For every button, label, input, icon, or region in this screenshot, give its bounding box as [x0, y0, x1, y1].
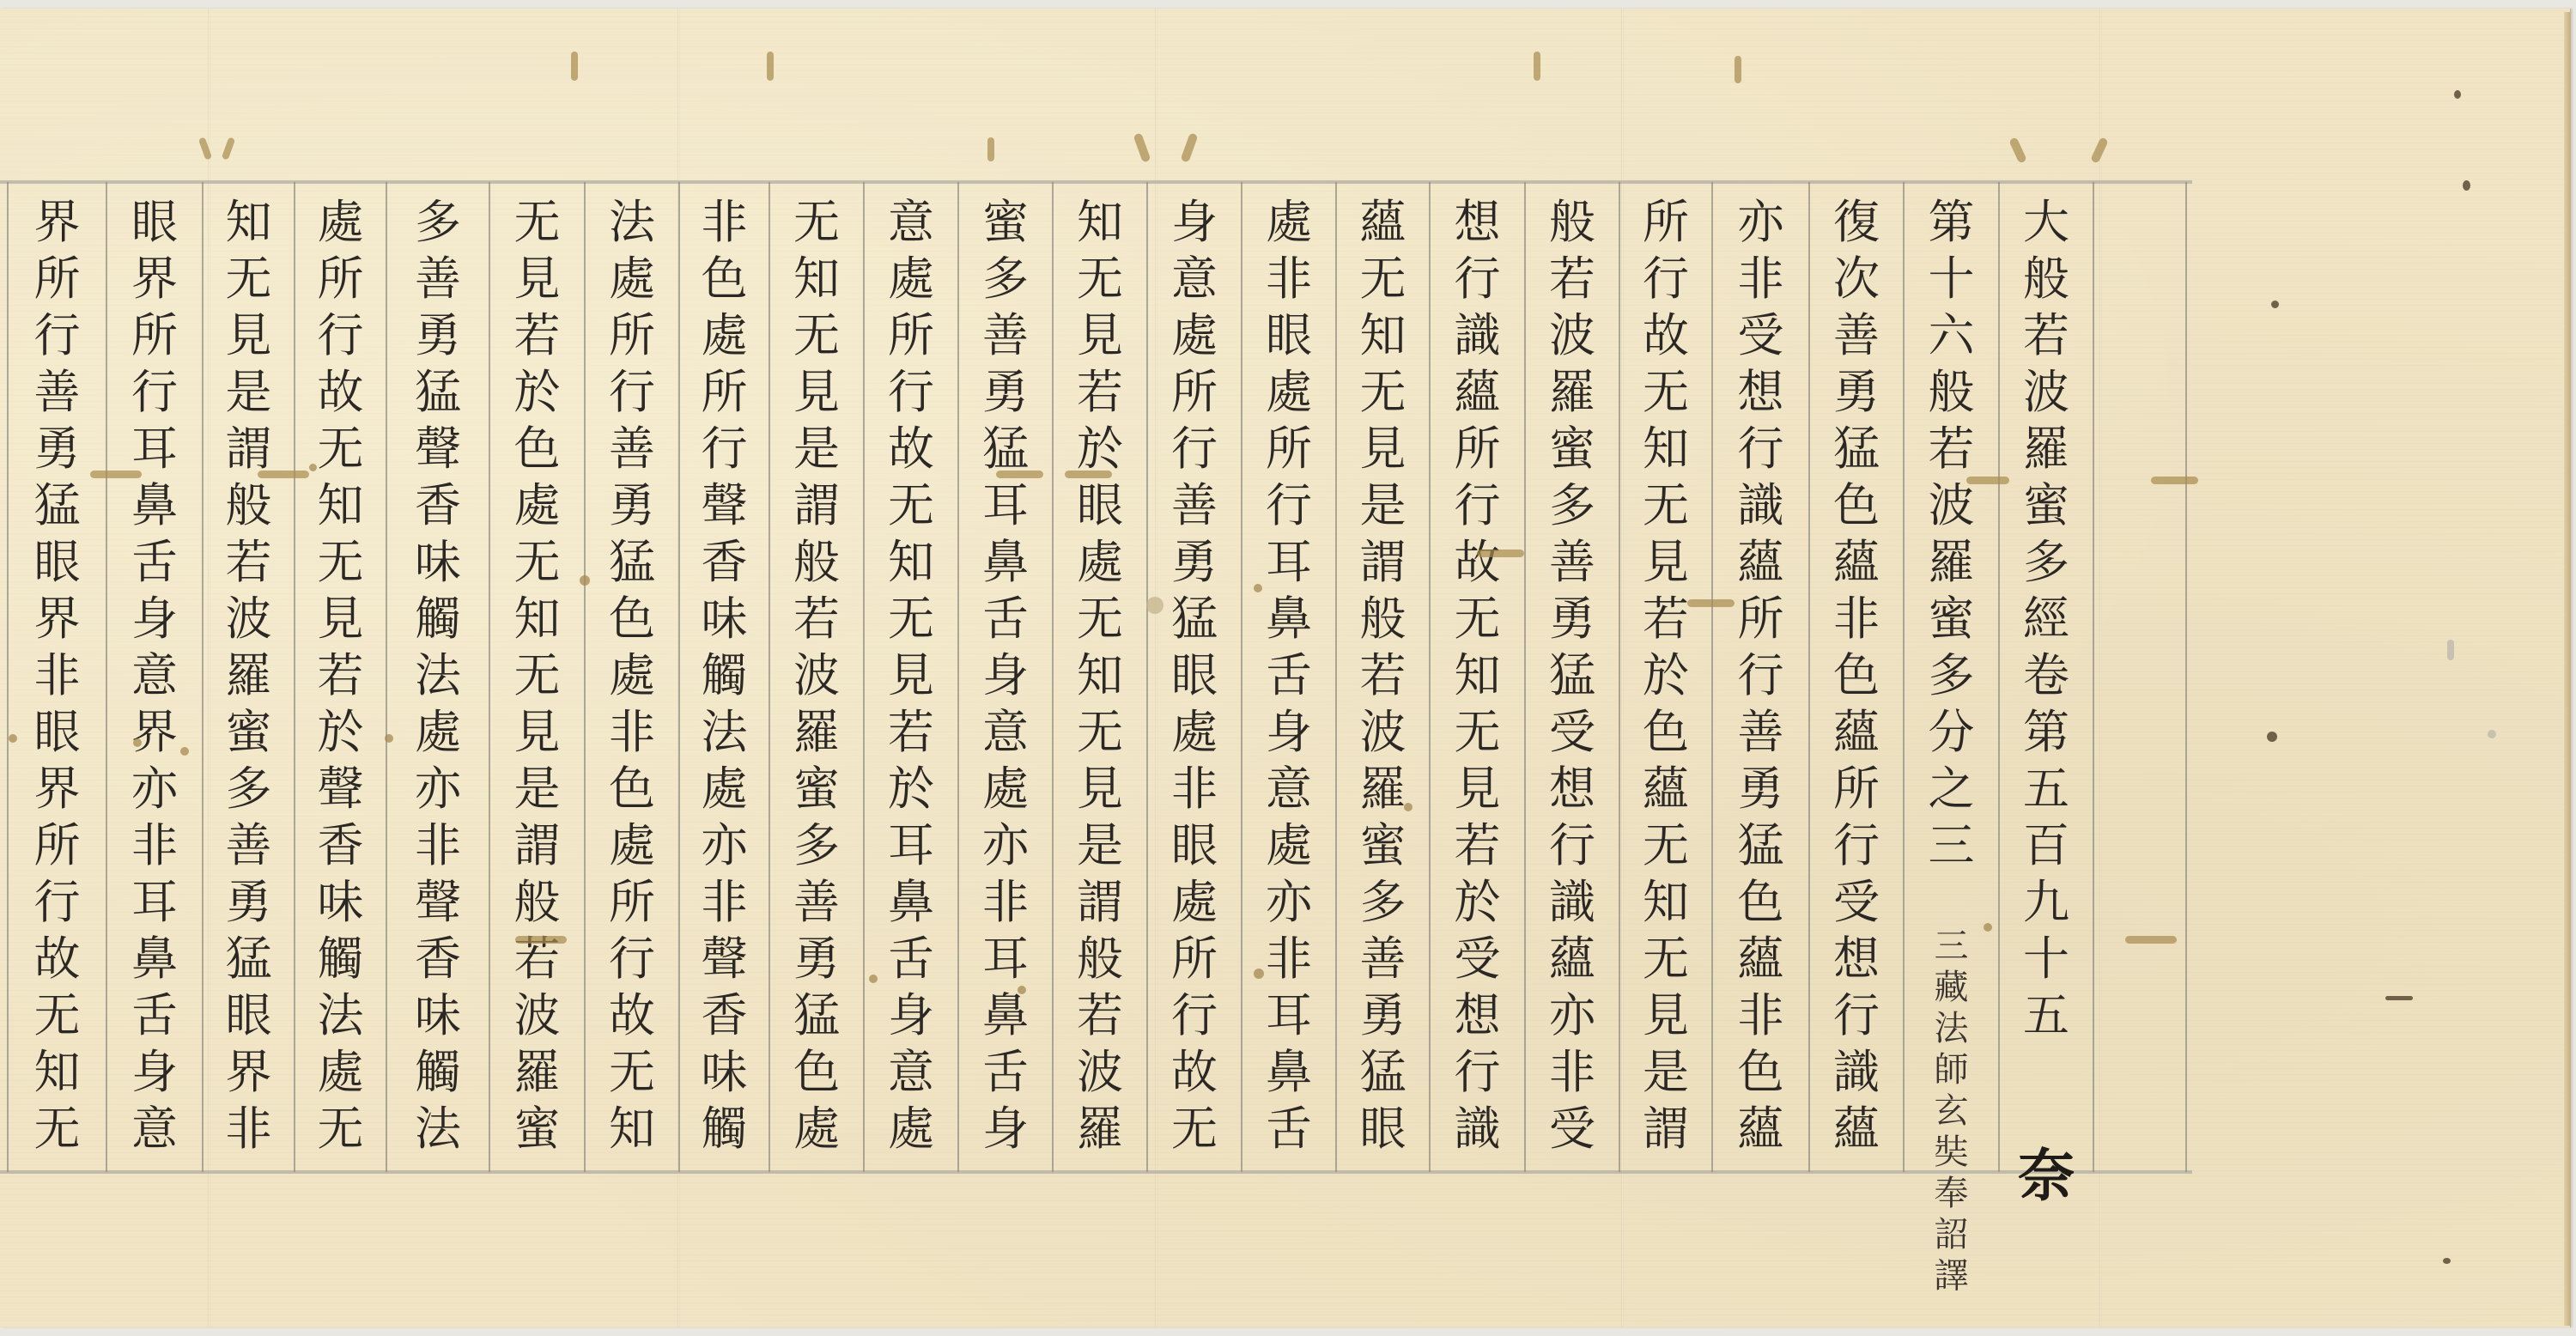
character: 聲 — [680, 477, 769, 534]
character: 无 — [1620, 817, 1711, 874]
character: 知 — [490, 591, 584, 647]
character: 色 — [770, 1044, 863, 1101]
character: 无 — [9, 987, 106, 1044]
character: 十 — [2000, 931, 2093, 987]
character: 无 — [865, 591, 957, 647]
character: 見 — [770, 364, 863, 421]
character: 處 — [680, 761, 769, 817]
character: 觸 — [680, 1101, 769, 1157]
character: 身 — [1148, 194, 1241, 251]
character: 波 — [1905, 477, 1998, 534]
character: 身 — [107, 1044, 202, 1101]
character: 聲 — [387, 874, 489, 931]
character: 亦 — [387, 761, 489, 817]
character: 處 — [1148, 704, 1241, 761]
character: 知 — [1054, 647, 1146, 704]
character: 六 — [1905, 307, 1998, 364]
character: 耳 — [107, 421, 202, 477]
character: 師 — [1935, 1049, 1969, 1090]
character: 般 — [1905, 364, 1998, 421]
text-column: 意處所行故无知无見若於耳鼻舌身意處 — [865, 194, 957, 1169]
text-column: 身意處所行善勇猛眼處非眼處所行故无 — [1148, 194, 1241, 1169]
text-column: 處所行故无知无見若於聲香味觸法處无 — [295, 194, 386, 1169]
character: 蘊 — [1713, 931, 1808, 987]
character: 所 — [586, 874, 678, 931]
character: 色 — [680, 251, 769, 307]
character: 處 — [295, 194, 386, 251]
character: 鼻 — [865, 874, 957, 931]
character: 受 — [1810, 874, 1903, 931]
character: 九 — [2000, 874, 2093, 931]
character: 行 — [1713, 647, 1808, 704]
character: 意 — [107, 647, 202, 704]
character: 勇 — [586, 477, 678, 534]
character: 知 — [1054, 194, 1146, 251]
character: 非 — [204, 1101, 294, 1157]
character: 蘊 — [1713, 1101, 1808, 1157]
character: 波 — [1526, 307, 1619, 364]
character: 眼 — [1337, 1101, 1429, 1157]
character: 善 — [387, 251, 489, 307]
character: 故 — [1620, 307, 1711, 364]
character: 般 — [1337, 591, 1429, 647]
character: 行 — [586, 931, 678, 987]
character: 猛 — [1810, 421, 1903, 477]
character: 復 — [1810, 194, 1903, 251]
character: 行 — [865, 364, 957, 421]
column-rule — [2185, 182, 2187, 1172]
character: 譯 — [1935, 1255, 1969, 1297]
character: 蜜 — [2000, 477, 2093, 534]
character: 猛 — [9, 477, 106, 534]
character: 无 — [865, 477, 957, 534]
character: 非 — [959, 874, 1052, 931]
character: 波 — [1337, 704, 1429, 761]
text-column: 眼界所行耳鼻舌身意界亦非耳鼻舌身意 — [107, 194, 202, 1169]
character: 身 — [959, 1101, 1052, 1157]
character: 无 — [1054, 591, 1146, 647]
character: 若 — [1431, 817, 1524, 874]
character: 无 — [1054, 251, 1146, 307]
character: 无 — [770, 307, 863, 364]
character: 五 — [2000, 987, 2093, 1044]
character: 若 — [204, 534, 294, 591]
character: 行 — [1431, 1044, 1524, 1101]
character: 波 — [204, 591, 294, 647]
character: 亦 — [107, 761, 202, 817]
character: 蜜 — [959, 194, 1052, 251]
text-column: 法處所行善勇猛色處非色處所行故无知 — [586, 194, 678, 1169]
character: 處 — [865, 1101, 957, 1157]
character: 非 — [1713, 251, 1808, 307]
character: 猛 — [1526, 647, 1619, 704]
character: 般 — [490, 874, 584, 931]
character: 處 — [490, 477, 584, 534]
character: 處 — [959, 761, 1052, 817]
character: 羅 — [1337, 761, 1429, 817]
character: 猛 — [1337, 1044, 1429, 1101]
character: 處 — [865, 251, 957, 307]
character: 五 — [2000, 761, 2093, 817]
character: 卷 — [2000, 647, 2093, 704]
character: 非 — [1242, 931, 1335, 987]
character: 耳 — [107, 874, 202, 931]
ownership-mark: 奈 — [2000, 1147, 2093, 1204]
character: 身 — [865, 987, 957, 1044]
character: 受 — [1526, 704, 1619, 761]
ruled-frame-top — [0, 180, 2192, 184]
character: 處 — [1148, 307, 1241, 364]
character: 猛 — [586, 534, 678, 591]
character: 眼 — [9, 704, 106, 761]
character: 知 — [1431, 647, 1524, 704]
character: 蜜 — [204, 704, 294, 761]
character: 受 — [1526, 1101, 1619, 1157]
character: 處 — [387, 704, 489, 761]
character: 行 — [1810, 987, 1903, 1044]
character: 舌 — [107, 987, 202, 1044]
character: 觸 — [295, 931, 386, 987]
character: 味 — [387, 534, 489, 591]
character: 蘊 — [1337, 194, 1429, 251]
character: 无 — [204, 251, 294, 307]
section-column: 第十六般若波羅蜜多分之三三藏法師玄奘奉詔譯 — [1905, 194, 1998, 1169]
character: 羅 — [1526, 364, 1619, 421]
character: 觸 — [387, 1044, 489, 1101]
character: 无 — [295, 534, 386, 591]
character: 多 — [204, 761, 294, 817]
text-column: 多善勇猛聲香味觸法處亦非聲香味觸法 — [387, 194, 489, 1169]
character: 蘊 — [1431, 364, 1524, 421]
character: 意 — [1242, 761, 1335, 817]
character: 法 — [387, 647, 489, 704]
character: 勇 — [959, 364, 1052, 421]
character: 香 — [680, 987, 769, 1044]
character: 處 — [770, 1101, 863, 1157]
character: 猛 — [959, 421, 1052, 477]
character: 詔 — [1935, 1214, 1969, 1255]
character: 想 — [1713, 364, 1808, 421]
character: 鼻 — [1242, 1044, 1335, 1101]
character: 香 — [387, 931, 489, 987]
text-column: 所行故无知无見若於色蘊无知无見是謂 — [1620, 194, 1711, 1169]
text-column: 界所行善勇猛眼界非眼界所行故无知无 — [9, 194, 106, 1169]
character: 善 — [1810, 307, 1903, 364]
character: 聲 — [295, 761, 386, 817]
character: 勇 — [9, 421, 106, 477]
text-column: 處非眼處所行耳鼻舌身意處亦非耳鼻舌 — [1242, 194, 1335, 1169]
character: 所 — [1620, 194, 1711, 251]
character: 若 — [1054, 987, 1146, 1044]
character: 身 — [1242, 704, 1335, 761]
character: 若 — [1337, 647, 1429, 704]
character: 色 — [490, 421, 584, 477]
character: 蜜 — [1526, 421, 1619, 477]
character: 善 — [770, 874, 863, 931]
character: 香 — [387, 477, 489, 534]
character: 勇 — [204, 874, 294, 931]
character: 般 — [2000, 251, 2093, 307]
character: 行 — [1713, 421, 1808, 477]
character: 无 — [1431, 591, 1524, 647]
character: 行 — [1810, 817, 1903, 874]
character: 界 — [9, 194, 106, 251]
character: 多 — [2000, 534, 2093, 591]
character: 非 — [9, 647, 106, 704]
character: 界 — [204, 1044, 294, 1101]
character: 若 — [770, 591, 863, 647]
text-column: 亦非受想行識蘊所行善勇猛色蘊非色蘊 — [1713, 194, 1808, 1169]
character: 善 — [204, 817, 294, 874]
character: 般 — [1054, 931, 1146, 987]
character: 聲 — [387, 421, 489, 477]
character: 羅 — [2000, 421, 2093, 477]
character: 若 — [490, 307, 584, 364]
character: 味 — [387, 987, 489, 1044]
character: 處 — [680, 307, 769, 364]
character: 故 — [9, 931, 106, 987]
column-rule — [2093, 182, 2094, 1172]
character: 色 — [1713, 874, 1808, 931]
character: 若 — [1905, 421, 1998, 477]
text-column: 復次善勇猛色蘊非色蘊所行受想行識蘊 — [1810, 194, 1903, 1169]
character: 眼 — [9, 534, 106, 591]
character: 識 — [1431, 307, 1524, 364]
character: 聲 — [680, 931, 769, 987]
character: 羅 — [1905, 534, 1998, 591]
character: 所 — [9, 251, 106, 307]
character: 十 — [1905, 251, 1998, 307]
character: 處 — [586, 647, 678, 704]
character: 蘊 — [1810, 534, 1903, 591]
character: 色 — [586, 591, 678, 647]
character: 知 — [9, 1044, 106, 1101]
character: 善 — [1337, 931, 1429, 987]
character: 法 — [387, 1101, 489, 1157]
character: 勇 — [1713, 761, 1808, 817]
character: 所 — [586, 307, 678, 364]
character: 舌 — [959, 591, 1052, 647]
character: 味 — [680, 591, 769, 647]
character: 亦 — [1526, 987, 1619, 1044]
character: 色 — [1810, 477, 1903, 534]
character: 見 — [204, 307, 294, 364]
character: 行 — [1242, 477, 1335, 534]
character: 鼻 — [959, 534, 1052, 591]
character: 非 — [680, 194, 769, 251]
character: 百 — [2000, 817, 2093, 874]
character: 行 — [586, 364, 678, 421]
character: 眼 — [204, 987, 294, 1044]
character: 若 — [1526, 251, 1619, 307]
character: 界 — [9, 591, 106, 647]
character: 行 — [295, 307, 386, 364]
character: 耳 — [1242, 534, 1335, 591]
character: 蜜 — [1905, 591, 1998, 647]
character: 行 — [1431, 477, 1524, 534]
character: 所 — [1810, 761, 1903, 817]
character: 想 — [1810, 931, 1903, 987]
character: 想 — [1431, 987, 1524, 1044]
character: 之 — [1905, 761, 1998, 817]
character: 處 — [586, 817, 678, 874]
character: 故 — [865, 421, 957, 477]
character: 眼 — [1148, 817, 1241, 874]
character: 波 — [770, 647, 863, 704]
character: 勇 — [1810, 364, 1903, 421]
character: 所 — [9, 817, 106, 874]
character: 識 — [1713, 477, 1808, 534]
character: 香 — [680, 534, 769, 591]
character: 見 — [1620, 534, 1711, 591]
character: 處 — [1054, 534, 1146, 591]
character: 受 — [1713, 307, 1808, 364]
character: 謂 — [1054, 874, 1146, 931]
character: 知 — [1620, 421, 1711, 477]
character: 於 — [295, 704, 386, 761]
character: 行 — [9, 874, 106, 931]
character: 處 — [1242, 194, 1335, 251]
character: 是 — [1620, 1044, 1711, 1101]
character: 鼻 — [1242, 591, 1335, 647]
character: 是 — [1054, 817, 1146, 874]
character: 故 — [1431, 534, 1524, 591]
character: 无 — [490, 534, 584, 591]
character: 般 — [204, 477, 294, 534]
character: 觸 — [680, 647, 769, 704]
character: 界 — [9, 761, 106, 817]
character: 猛 — [204, 931, 294, 987]
character: 所 — [1148, 931, 1241, 987]
character: 若 — [2000, 307, 2093, 364]
character: 蘊 — [1810, 1101, 1903, 1157]
character: 非 — [107, 817, 202, 874]
character: 法 — [586, 194, 678, 251]
character: 想 — [1526, 761, 1619, 817]
character: 於 — [865, 761, 957, 817]
character: 善 — [1148, 477, 1241, 534]
character: 處 — [295, 1044, 386, 1101]
character: 行 — [1148, 421, 1241, 477]
character: 謂 — [770, 477, 863, 534]
character: 非 — [387, 817, 489, 874]
character: 謂 — [1337, 534, 1429, 591]
character: 亦 — [1713, 194, 1808, 251]
character: 色 — [1620, 704, 1711, 761]
character: 无 — [1337, 251, 1429, 307]
character: 鼻 — [959, 987, 1052, 1044]
character: 味 — [295, 874, 386, 931]
text-column: 知无見若於眼處无知无見是謂般若波羅 — [1054, 194, 1146, 1169]
character: 无 — [1620, 364, 1711, 421]
character: 故 — [586, 987, 678, 1044]
title-column: 大般若波羅蜜多經卷第五百九十五奈 — [2000, 194, 2093, 1169]
character: 无 — [1054, 704, 1146, 761]
text-column: 知无見是謂般若波羅蜜多善勇猛眼界非 — [204, 194, 294, 1169]
character: 多 — [1526, 477, 1619, 534]
character: 羅 — [1054, 1101, 1146, 1157]
character: 受 — [1431, 931, 1524, 987]
character: 般 — [770, 534, 863, 591]
character: 蘊 — [1810, 704, 1903, 761]
character: 舌 — [959, 1044, 1052, 1101]
character: 知 — [1620, 874, 1711, 931]
character: 无 — [586, 1044, 678, 1101]
character: 第 — [1905, 194, 1998, 251]
character: 非 — [680, 874, 769, 931]
character: 三 — [1905, 817, 1998, 874]
character: 蘊 — [1620, 761, 1711, 817]
character: 行 — [1526, 817, 1619, 874]
character: 鼻 — [107, 477, 202, 534]
character: 舌 — [1242, 1101, 1335, 1157]
character: 奉 — [1935, 1173, 1969, 1214]
character: 眼 — [1148, 647, 1241, 704]
character: 羅 — [770, 704, 863, 761]
character: 亦 — [959, 817, 1052, 874]
character: 識 — [1526, 874, 1619, 931]
character: 无 — [490, 647, 584, 704]
character: 意 — [1148, 251, 1241, 307]
character: 身 — [107, 591, 202, 647]
character: 法 — [1935, 1008, 1969, 1049]
character: 鼻 — [107, 931, 202, 987]
character: 見 — [865, 647, 957, 704]
translator-credit: 三藏法師玄奘奉詔譯 — [1935, 926, 1969, 1297]
character: 舌 — [1242, 647, 1335, 704]
character: 多 — [959, 251, 1052, 307]
character: 於 — [490, 364, 584, 421]
character: 无 — [490, 194, 584, 251]
character: 於 — [1054, 421, 1146, 477]
character: 所 — [865, 307, 957, 364]
character: 行 — [1620, 251, 1711, 307]
character: 无 — [295, 1101, 386, 1157]
character: 眼 — [1242, 307, 1335, 364]
character: 見 — [490, 704, 584, 761]
character: 勇 — [1148, 534, 1241, 591]
character: 波 — [490, 987, 584, 1044]
character: 所 — [295, 251, 386, 307]
character: 藏 — [1935, 967, 1969, 1008]
character: 所 — [107, 307, 202, 364]
character: 猛 — [770, 987, 863, 1044]
character: 識 — [1810, 1044, 1903, 1101]
character: 蘊 — [1713, 534, 1808, 591]
character: 知 — [1337, 307, 1429, 364]
character: 非 — [586, 704, 678, 761]
character: 勇 — [387, 307, 489, 364]
character: 无 — [9, 1101, 106, 1157]
text-column: 蜜多善勇猛耳鼻舌身意處亦非耳鼻舌身 — [959, 194, 1052, 1169]
character: 意 — [865, 194, 957, 251]
character: 故 — [295, 364, 386, 421]
character: 觸 — [387, 591, 489, 647]
character: 所 — [1148, 364, 1241, 421]
character: 非 — [1242, 251, 1335, 307]
character: 見 — [1054, 761, 1146, 817]
character: 若 — [865, 704, 957, 761]
character: 善 — [1526, 534, 1619, 591]
character: 羅 — [204, 647, 294, 704]
text-column: 般若波羅蜜多善勇猛受想行識蘊亦非受 — [1526, 194, 1619, 1169]
character: 法 — [680, 704, 769, 761]
character: 蜜 — [490, 1101, 584, 1157]
character: 眼 — [1054, 477, 1146, 534]
character: 故 — [1148, 1044, 1241, 1101]
character: 味 — [680, 1044, 769, 1101]
character: 蜜 — [770, 761, 863, 817]
